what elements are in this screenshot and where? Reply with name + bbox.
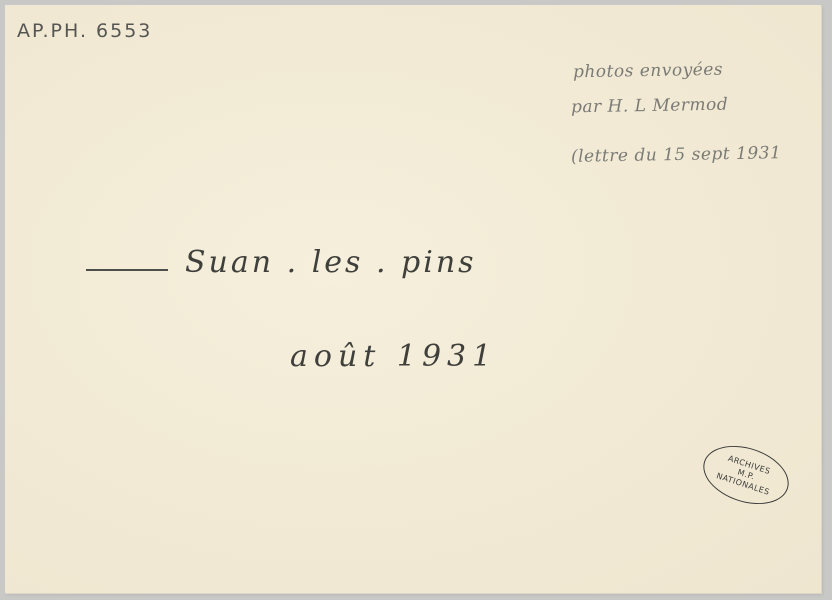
archives-stamp: ARCHIVES M.P. NATIONALES [696, 436, 796, 515]
handwritten-date: août 1931 [290, 339, 497, 374]
reference-number: AP.PH. 6553 [17, 20, 152, 42]
annotation-line-1: photos envoyées [573, 60, 723, 83]
handwritten-caption: Suan . les . pins [185, 245, 477, 280]
photo-back-card: AP.PH. 6553 photos envoyées par H. L Mer… [5, 5, 821, 593]
annotation-line-3: (lettre du 15 sept 1931 [571, 143, 782, 167]
annotation-line-2: par H. L Mermod [571, 95, 729, 118]
caption-dash [86, 269, 168, 271]
